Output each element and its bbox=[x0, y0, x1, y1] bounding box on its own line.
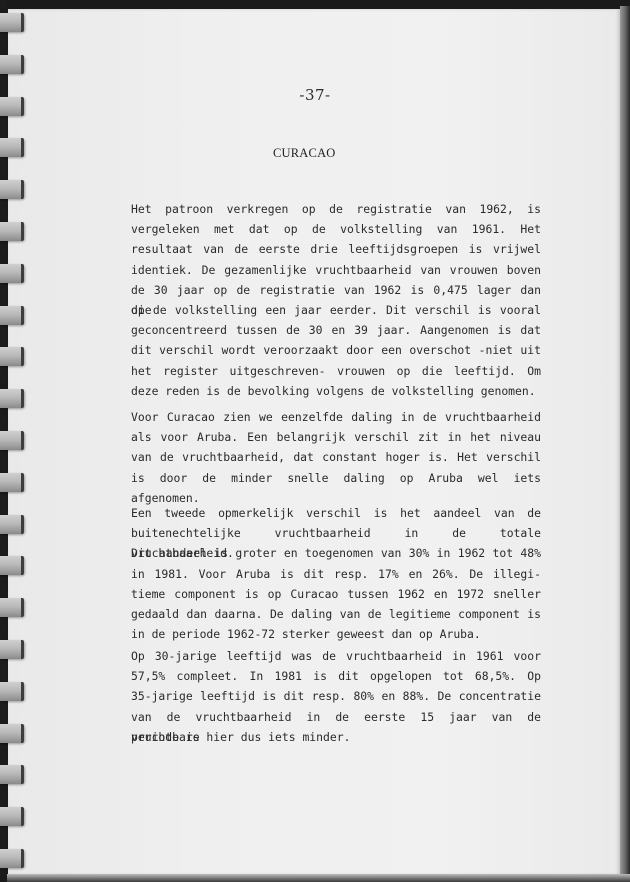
text-line: van de vruchtbaarheid in de eerste 15 ja… bbox=[131, 707, 541, 727]
binding-ring bbox=[0, 431, 24, 450]
binding-ring bbox=[0, 264, 24, 283]
binding-ring bbox=[0, 473, 24, 492]
text-line: is door de minder snelle daling op Aruba… bbox=[131, 468, 541, 488]
binding-ring bbox=[0, 222, 24, 241]
paragraph-1: Het patroon verkregen op de registratie … bbox=[131, 199, 541, 401]
text-line: de 30 jaar op de registratie van 1962 is… bbox=[131, 280, 541, 300]
paragraph-4: Op 30-jarige leeftijd was de vruchtbaarh… bbox=[131, 646, 541, 747]
binding-ring bbox=[0, 640, 24, 659]
binding-ring bbox=[0, 389, 24, 408]
text-line: 57,5% compleet. In 1981 is dit opgelopen… bbox=[131, 666, 541, 686]
text-line: als voor Aruba. Een belangrijk verschil … bbox=[131, 427, 541, 447]
paragraph-3: Een tweede opmerkelijk verschil is het a… bbox=[131, 503, 541, 644]
binding-ring bbox=[0, 682, 24, 701]
paragraph-2: Voor Curacao zien we eenzelfde daling in… bbox=[131, 407, 541, 488]
text-line: buitenechtelijke vruchtbaarheid in de to… bbox=[131, 523, 541, 543]
page-edge-bottom bbox=[0, 874, 630, 882]
binding-ring bbox=[0, 13, 24, 32]
text-line: deze reden is de bevolking volgens de vo… bbox=[131, 381, 541, 401]
binding-ring bbox=[0, 347, 24, 366]
binding-ring bbox=[0, 515, 24, 534]
text-line: tieme component is op Curacao tussen 196… bbox=[131, 584, 541, 604]
text-line: in 1981. Voor Aruba is dit resp. 17% en … bbox=[131, 564, 541, 584]
text-line: het register uitgeschreven- vrouwen op d… bbox=[131, 361, 541, 381]
text-line: van de vruchtbaarheid, dat constant hoge… bbox=[131, 447, 541, 467]
text-line: Op 30-jarige leeftijd was de vruchtbaarh… bbox=[131, 646, 541, 666]
text-line: in de periode 1962-72 sterker geweest da… bbox=[131, 624, 541, 644]
binding-ring bbox=[0, 598, 24, 617]
text-line: Dit aandeel is groter en toegenomen van … bbox=[131, 543, 541, 563]
binding-ring bbox=[0, 180, 24, 199]
binding-ring bbox=[0, 306, 24, 325]
binding-ring bbox=[0, 807, 24, 826]
text-line: Voor Curacao zien we eenzelfde daling in… bbox=[131, 407, 541, 427]
binding-ring bbox=[0, 138, 24, 157]
page-number: -37- bbox=[0, 86, 630, 104]
binding-ring bbox=[0, 724, 24, 743]
text-line: Een tweede opmerkelijk verschil is het a… bbox=[131, 503, 541, 523]
text-line: resultaat van de eerste drie leeftijdsgr… bbox=[131, 239, 541, 259]
text-line: op de volkstelling een jaar eerder. Dit … bbox=[131, 300, 541, 320]
text-line: identiek. De gezamenlijke vruchtbaarheid… bbox=[131, 260, 541, 280]
text-line: Het patroon verkregen op de registratie … bbox=[131, 199, 541, 219]
page-edge-right bbox=[620, 6, 630, 882]
binding-ring bbox=[0, 55, 24, 74]
binding-ring bbox=[0, 556, 24, 575]
comb-binding bbox=[0, 0, 26, 882]
binding-ring bbox=[0, 765, 24, 784]
text-line: gedaald dan daarna. De daling van de leg… bbox=[131, 604, 541, 624]
text-line: 35-jarige leeftijd is dit resp. 80% en 8… bbox=[131, 686, 541, 706]
binding-ring bbox=[0, 849, 24, 868]
section-title: CURACAO bbox=[273, 146, 336, 161]
text-line: dit verschil wordt veroorzaakt door een … bbox=[131, 340, 541, 360]
text-line: periode is hier dus iets minder. bbox=[131, 727, 541, 747]
text-line: vergeleken met dat op de volkstelling va… bbox=[131, 219, 541, 239]
text-line: geconcentreerd tussen de 30 en 39 jaar. … bbox=[131, 320, 541, 340]
